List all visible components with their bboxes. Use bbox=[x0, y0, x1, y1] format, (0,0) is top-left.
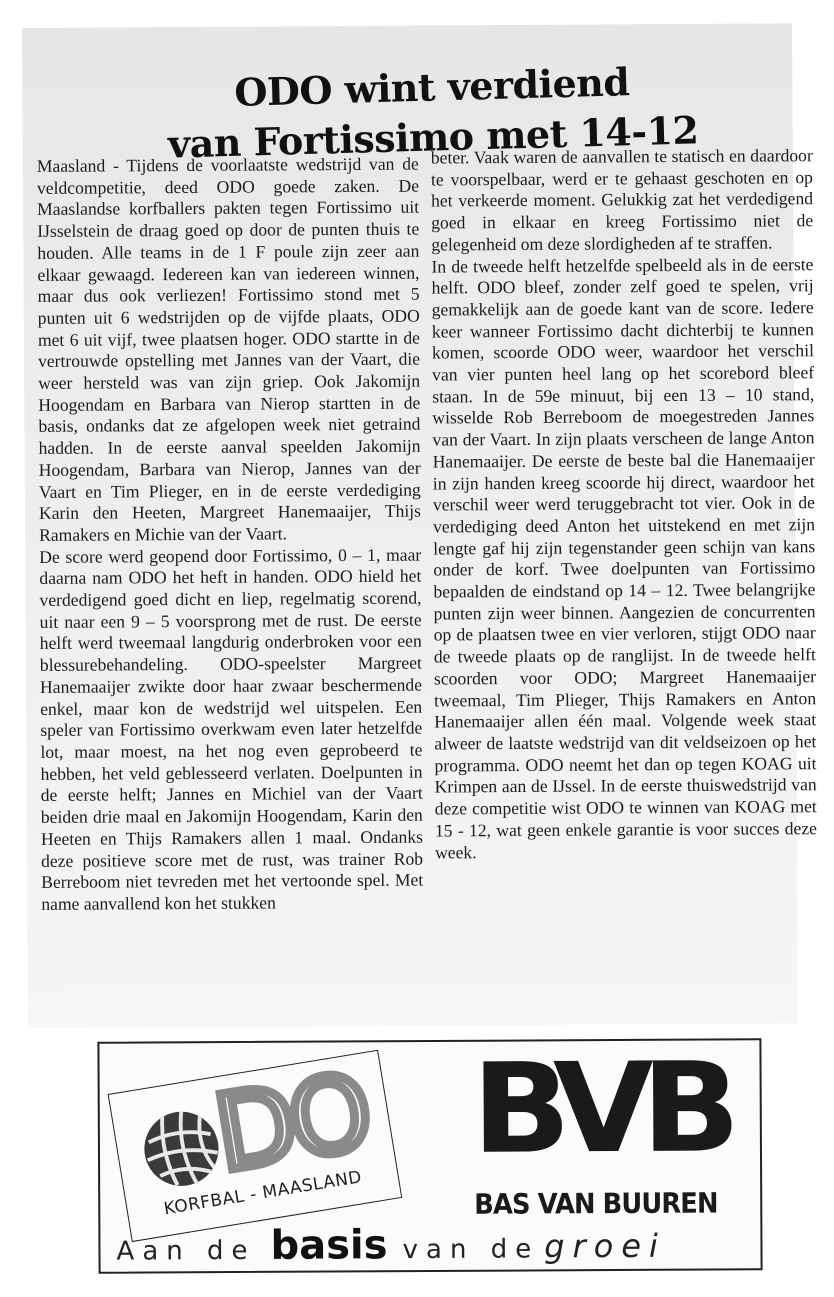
article-paragraph: In de tweede helft hetzelfde spelbeeld a… bbox=[431, 254, 817, 864]
newspaper-clipping: ODO wint verdiend van Fortissimo met 14-… bbox=[22, 23, 798, 1028]
article-column-left: Maasland - Tijdens de voorlaatste wedstr… bbox=[37, 154, 424, 916]
article-paragraph: De score werd geopend door Fortissimo, 0… bbox=[39, 544, 423, 915]
bvb-logo-letters: BVB bbox=[471, 1046, 728, 1171]
sponsor-name: BAS VAN BUUREN bbox=[474, 1186, 717, 1220]
article-paragraph: beter. Vaak waren de aanvallen te statis… bbox=[431, 145, 814, 256]
article-column-right: beter. Vaak waren de aanvallen te statis… bbox=[431, 145, 817, 864]
odo-club-logo: DO KORFBAL - MAASLAND bbox=[108, 1050, 403, 1242]
slogan-part-1: Aan de bbox=[116, 1236, 255, 1267]
article-paragraph: Maasland - Tijdens de voorlaatste wedstr… bbox=[37, 154, 421, 547]
slogan-part-3: van de bbox=[403, 1234, 540, 1265]
ad-slogan: Aan de basis van de groei bbox=[116, 1220, 756, 1269]
sponsor-advertisement: DO KORFBAL - MAASLAND BVB BAS VAN BUUREN… bbox=[97, 1038, 762, 1273]
slogan-part-4: groei bbox=[544, 1227, 666, 1266]
korfball-icon bbox=[137, 1104, 227, 1194]
slogan-part-2: basis bbox=[270, 1222, 387, 1269]
